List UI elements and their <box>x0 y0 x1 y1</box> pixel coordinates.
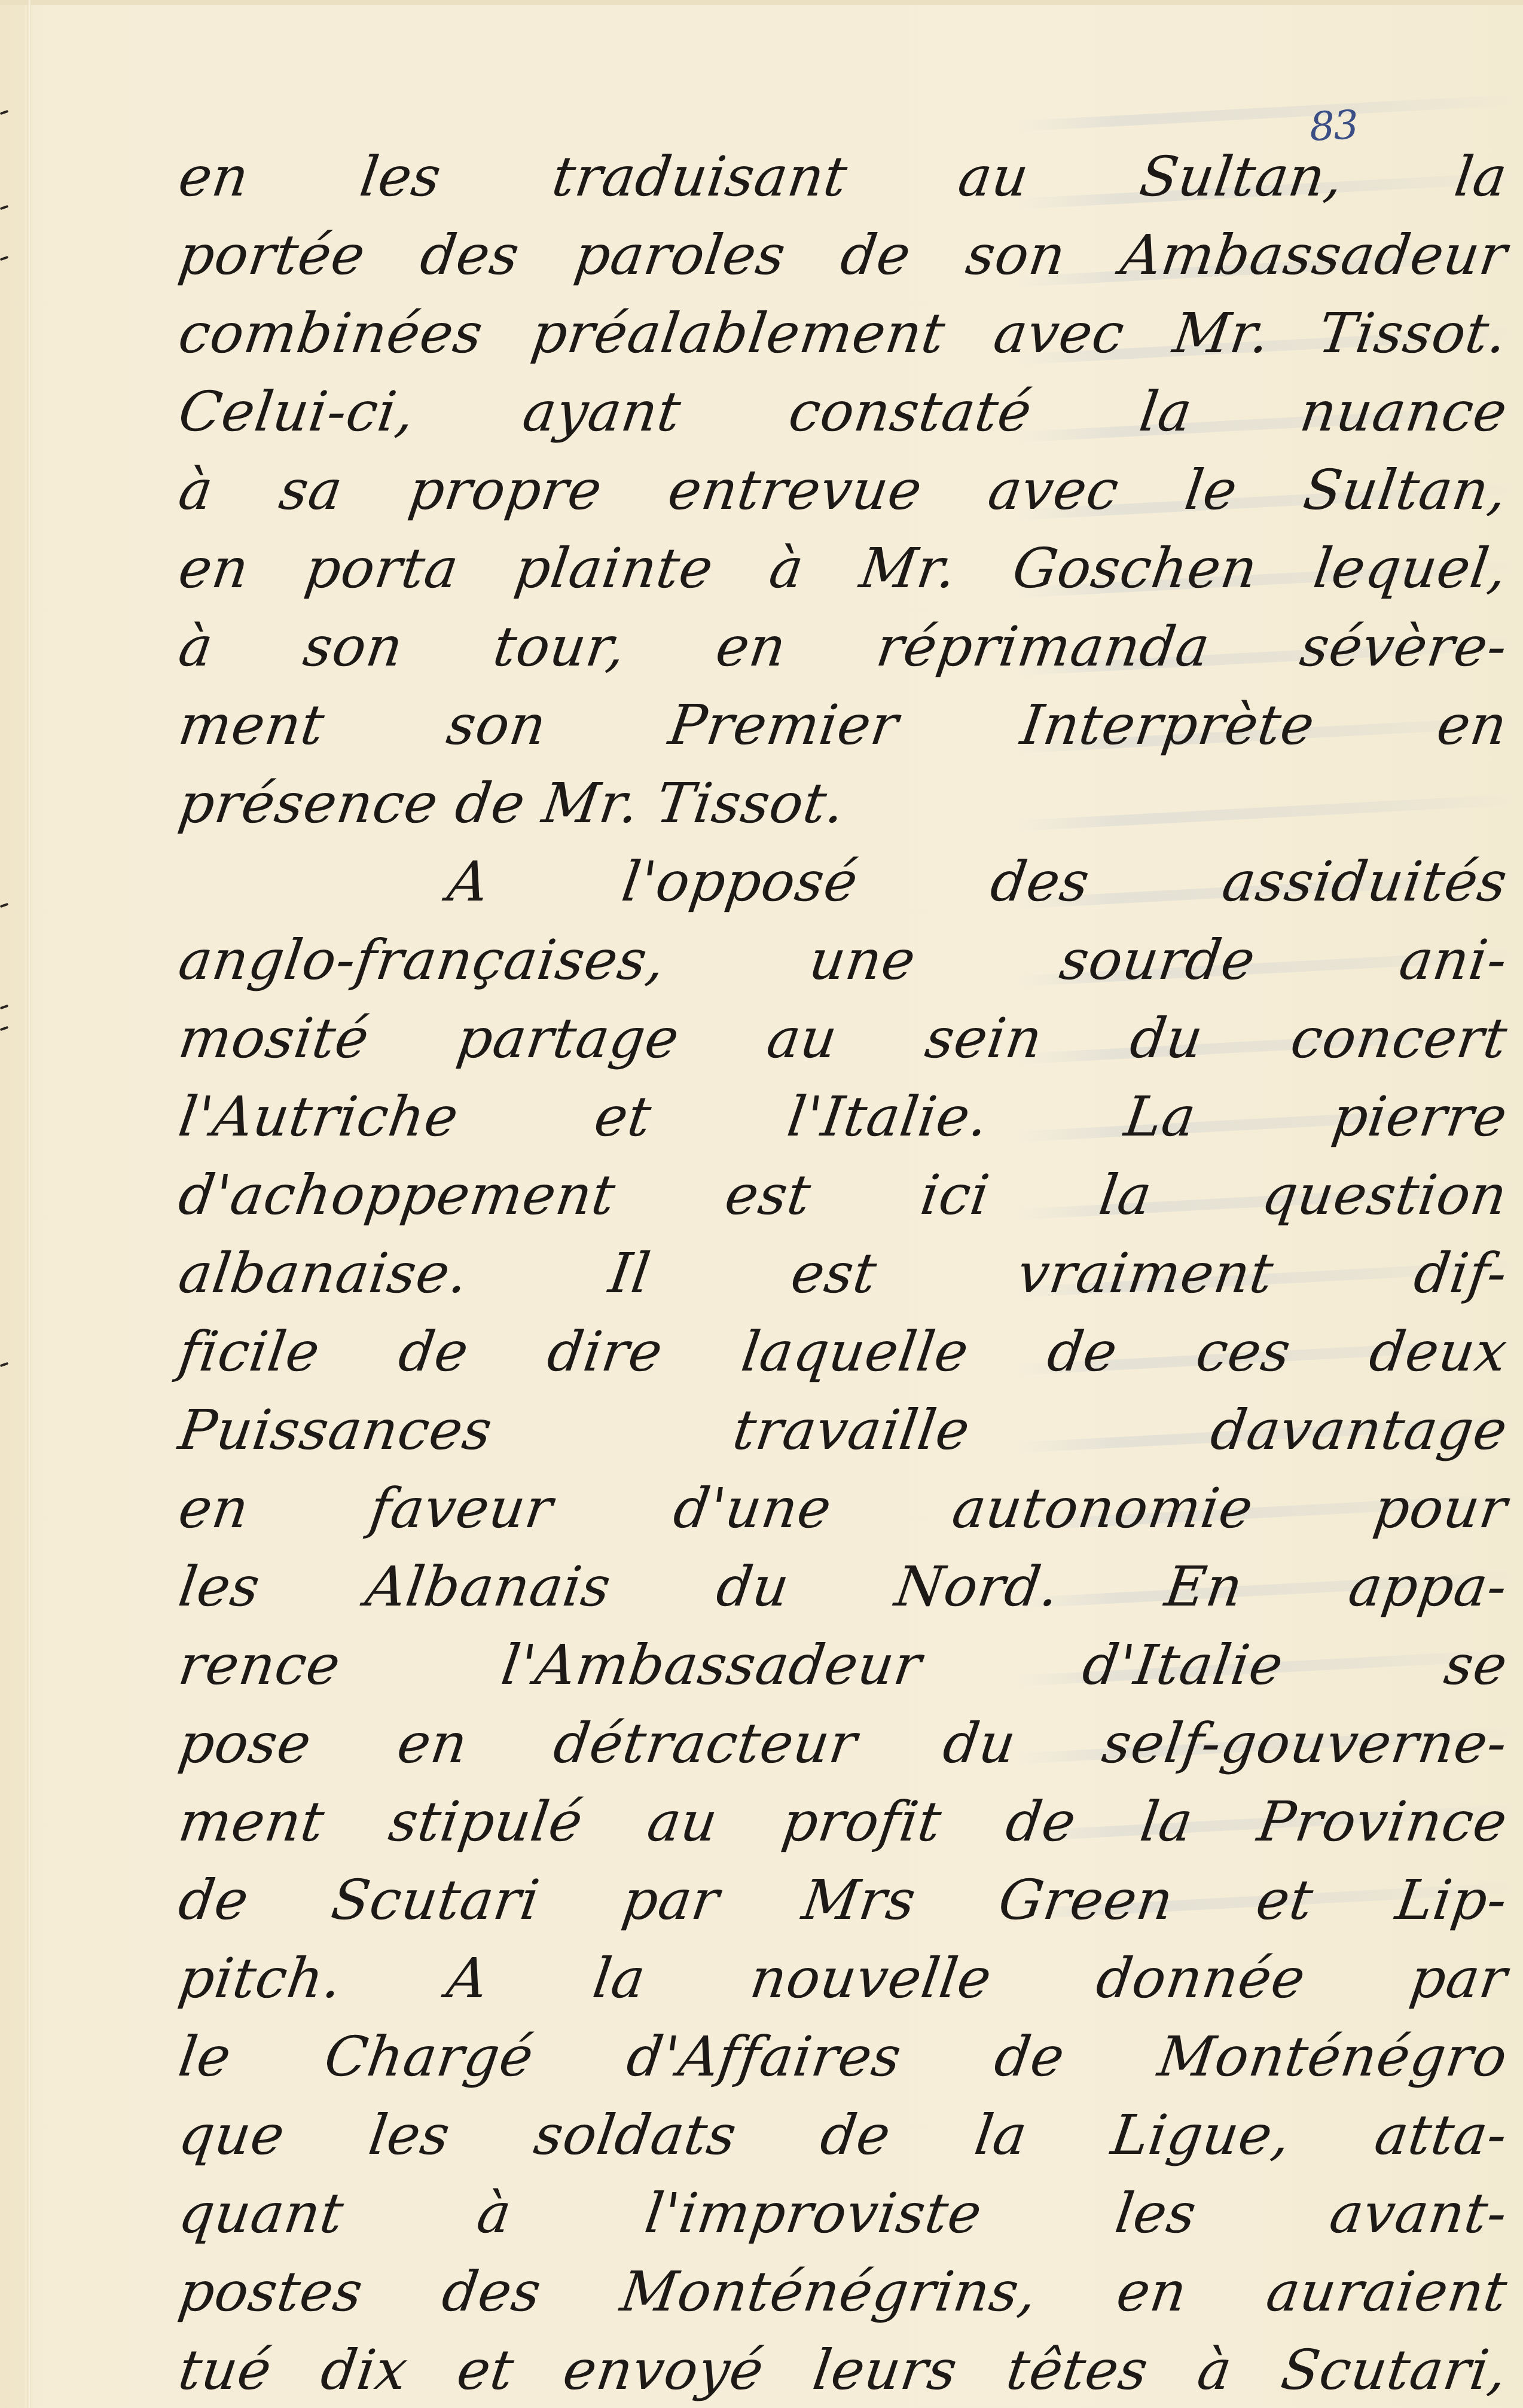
handwritten-text: en les traduisant au Sultan, la portée d… <box>179 138 1507 2408</box>
text-line: anglo-françaises, une sourde ani- <box>174 921 1512 999</box>
text-line: ment son Premier Interprète en <box>174 686 1512 764</box>
manuscript-page: 83 en les traduisant au Sultan, la porté… <box>0 0 1523 2408</box>
text-line: l'Autriche et l'Italie. La pierre <box>174 1078 1512 1156</box>
page-top-edge <box>0 0 1523 5</box>
ink-fragment <box>0 205 8 210</box>
text-line: en porta plainte à Mr. Goschen lequel, <box>174 529 1512 608</box>
text-line: pitch. A la nouvelle donnée par <box>174 1939 1512 2018</box>
text-line: postes des Monténégrins, en auraient <box>174 2253 1512 2331</box>
text-line: tué dix et envoyé leurs têtes à Scutari, <box>174 2331 1512 2408</box>
ink-fragment <box>0 1362 8 1368</box>
text-line: que les soldats de la Ligue, atta- <box>174 2096 1512 2174</box>
text-line: Puissances travaille davantage <box>174 1391 1512 1469</box>
text-line: combinées préalablement avec Mr. Tissot. <box>174 294 1512 373</box>
ink-fragment <box>0 110 8 115</box>
ink-fragment <box>0 1005 8 1010</box>
text-line: de Scutari par Mrs Green et Lip- <box>174 1861 1512 1939</box>
text-line: les Albanais du Nord. En appa- <box>174 1548 1512 1626</box>
text-line: en les traduisant au Sultan, la <box>174 138 1512 216</box>
text-line: à son tour, en réprimanda sévère- <box>174 608 1512 686</box>
text-line: le Chargé d'Affaires de Monténégro <box>174 2018 1512 2096</box>
text-line: pose en détracteur du self-gouverne- <box>174 1704 1512 1783</box>
text-line: portée des paroles de son Ambassadeur <box>174 216 1512 294</box>
paragraph-start-line: A l'opposé des assiduités <box>174 843 1512 921</box>
text-line: rence l'Ambassadeur d'Italie se <box>174 1626 1512 1704</box>
text-line: mosité partage au sein du concert <box>174 999 1512 1078</box>
ink-fragment <box>0 256 8 261</box>
text-line: en faveur d'une autonomie pour <box>174 1469 1512 1548</box>
text-line: présence de Mr. Tissot. <box>174 764 1512 843</box>
ink-fragment <box>0 903 8 908</box>
text-line: ment stipulé au profit de la Province <box>174 1783 1512 1861</box>
text-line: d'achoppement est ici la question <box>174 1156 1512 1234</box>
text-line: à sa propre entrevue avec le Sultan, <box>174 451 1512 529</box>
text-line: Celui-ci, ayant constaté la nuance <box>174 373 1512 451</box>
text-line: ficile de dire laquelle de ces deux <box>174 1313 1512 1391</box>
text-line: quant à l'improviste les avant- <box>174 2174 1512 2253</box>
facing-page-fragments <box>0 0 24 2408</box>
text-line: albanaise. Il est vraiment dif- <box>174 1234 1512 1313</box>
binding-fold <box>28 0 31 2408</box>
ink-fragment <box>0 1026 8 1031</box>
